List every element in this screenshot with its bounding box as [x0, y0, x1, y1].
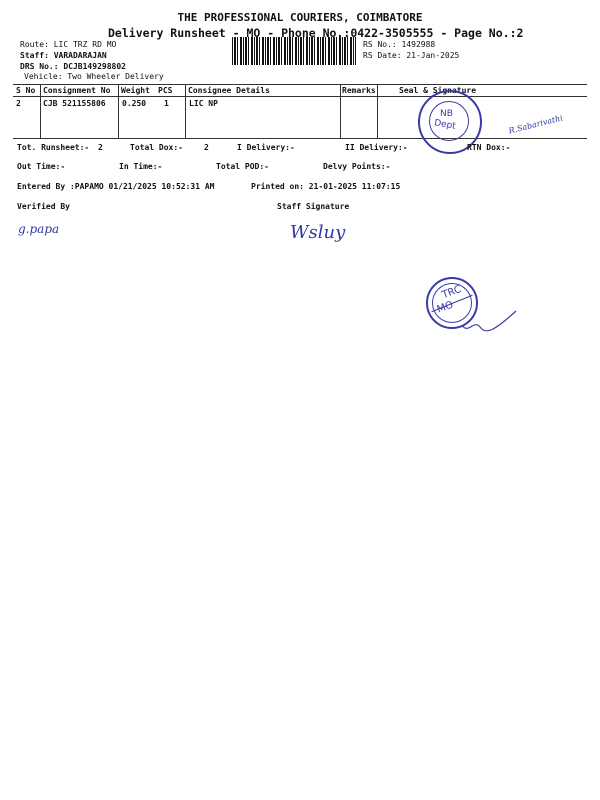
- in-time: In Time:-: [119, 162, 162, 171]
- col-divider: [118, 84, 119, 138]
- delvy-points: Delvy Points:-: [323, 162, 390, 171]
- drs-number: DRS No.: DCJB149298802: [20, 62, 126, 71]
- tot-runsheet-value: 2: [98, 143, 103, 152]
- col-divider: [185, 84, 186, 138]
- table-header-border: [13, 96, 587, 97]
- out-time: Out Time:-: [17, 162, 65, 171]
- tot-runsheet-label: Tot. Runsheet:-: [17, 143, 89, 152]
- table-bottom-border: [13, 138, 587, 139]
- cell-s-no: 2: [16, 99, 21, 108]
- header-weight: Weight: [121, 86, 150, 95]
- cell-pcs: 1: [164, 99, 169, 108]
- route-label: Route: LIC TRZ RD MO: [20, 40, 116, 49]
- header-remarks: Remarks: [342, 86, 376, 95]
- total-dox-value: 2: [204, 143, 209, 152]
- rs-number: RS No.: 1492988: [363, 40, 435, 49]
- cell-weight: 0.250: [122, 99, 146, 108]
- staff-signature-label: Staff Signature: [277, 202, 349, 211]
- rtn-dox: RTN Dox:-: [467, 143, 510, 152]
- staff-label: Staff: VARADARAJAN: [20, 51, 107, 60]
- printed-on: Printed on: 21-01-2025 11:07:15: [251, 182, 400, 191]
- verified-by-signature: g.papa: [18, 222, 59, 236]
- total-dox-label: Total Dox:-: [130, 143, 183, 152]
- col-divider: [377, 84, 378, 138]
- header-s-no: S No: [16, 86, 35, 95]
- col-divider: [340, 84, 341, 138]
- header-consignment-no: Consignment No: [43, 86, 110, 95]
- stamp-handwriting: R.Sabarivathi: [508, 113, 564, 135]
- table-top-border: [13, 84, 587, 85]
- stamp-nb: NB: [440, 109, 453, 119]
- header-consignee-details: Consignee Details: [188, 86, 270, 95]
- cell-consignee: LIC NP: [189, 99, 218, 108]
- barcode-image: [232, 37, 356, 65]
- ii-delivery: II Delivery:-: [345, 143, 408, 152]
- trc-signature-scribble: [460, 305, 520, 335]
- total-pod: Total POD:-: [216, 162, 269, 171]
- company-title: THE PROFESSIONAL COURIERS, COIMBATORE: [0, 11, 600, 24]
- cell-consignment-no: CJB 521155806: [43, 99, 106, 108]
- col-divider: [40, 84, 41, 138]
- entered-by: Entered By :PAPAMO 01/21/2025 10:52:31 A…: [17, 182, 214, 191]
- header-pcs: PCS: [158, 86, 172, 95]
- verified-by-label: Verified By: [17, 202, 70, 211]
- rs-date: RS Date: 21-Jan-2025: [363, 51, 459, 60]
- vehicle-label: Vehicle: Two Wheeler Delivery: [24, 72, 164, 81]
- i-delivery: I Delivery:-: [237, 143, 295, 152]
- staff-signature: Wsluy: [290, 222, 345, 243]
